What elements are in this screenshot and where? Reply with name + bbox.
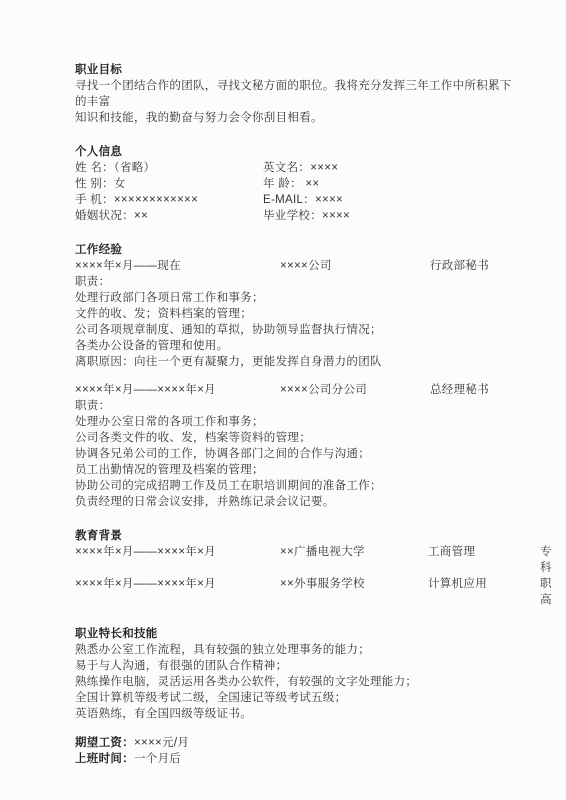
job-period: ××××年×月——现在	[75, 258, 280, 274]
leave-reason: 离职原因：向往一个更有凝聚力，更能发挥自身潜力的团队	[75, 354, 518, 370]
section-expectations: 期望工资： ××××元/月 上班时间： 一个月后	[75, 735, 518, 767]
edu-school: ××广播电视大学	[280, 544, 428, 576]
job-title: 行政部秘书	[430, 258, 518, 274]
work-experience-heading: 工作经验	[75, 242, 518, 258]
section-objective: 职业目标 寻找一个团结合作的团队，寻找文秘方面的职位。我将充分发挥三年工作中所积…	[75, 62, 518, 126]
duty-item: 公司各类文件的收、发，档案等资料的管理；	[75, 430, 518, 446]
job-header: ××××年×月——现在 ××××公司 行政部秘书	[75, 258, 518, 274]
section-personal-info: 个人信息 姓 名：（省略） 英文名：×××× 性 别：女 年 龄： ×× 手 机…	[75, 144, 518, 224]
section-education: 教育背景 ××××年×月——××××年×月 ××广播电视大学 工商管理 专科 ×…	[75, 528, 518, 608]
duty-item: 处理行政部门各项日常工作和事务；	[75, 290, 518, 306]
objective-line: 寻找一个团结合作的团队，寻找文秘方面的职位。我将充分发挥三年工作中所积累下的丰富	[75, 78, 518, 110]
objective-line: 知识和技能，我的勤奋与努力会令你刮目相看。	[75, 110, 518, 126]
duty-item: 协助公司的完成招聘工作及员工在职培训期间的准备工作；	[75, 478, 518, 494]
job-entry: ××××年×月——现在 ××××公司 行政部秘书 职责： 处理行政部门各项日常工…	[75, 258, 518, 370]
education-heading: 教育背景	[75, 528, 518, 544]
duty-label: 职责：	[75, 398, 518, 414]
section-work-experience: 工作经验 ××××年×月——现在 ××××公司 行政部秘书 职责： 处理行政部门…	[75, 242, 518, 510]
skill-item: 易于与人沟通，有很强的团队合作精神；	[75, 658, 518, 674]
edu-degree: 职高	[540, 576, 552, 608]
duty-item: 文件的收、发；资料档案的管理；	[75, 306, 518, 322]
job-company: ××××公司	[280, 258, 430, 274]
field-mobile: 手 机：××××××××××××	[75, 192, 263, 208]
field-gender: 性 别：女	[75, 176, 263, 192]
duty-item: 处理办公室日常的各项工作和事务；	[75, 414, 518, 430]
job-title: 总经理秘书	[430, 382, 518, 398]
edu-period: ××××年×月——××××年×月	[75, 544, 280, 576]
start-time-label: 上班时间：	[75, 751, 134, 767]
expected-salary-value: ××××元/月	[134, 735, 189, 751]
education-row: ××××年×月——××××年×月 ××外事服务学校 计算机应用 职高	[75, 576, 518, 608]
field-marital-status: 婚姻状况：××	[75, 208, 263, 224]
field-english-name: 英文名：××××	[263, 160, 518, 176]
objective-heading: 职业目标	[75, 62, 518, 78]
skill-item: 熟练操作电脑，灵活运用各类办公软件，有较强的文字处理能力；	[75, 674, 518, 690]
job-header: ××××年×月——××××年×月 ××××公司分公司 总经理秘书	[75, 382, 518, 398]
field-name: 姓 名：（省略）	[75, 160, 263, 176]
duty-item: 公司各项规章制度、通知的草拟，协助领导监督执行情况；	[75, 322, 518, 338]
field-email: E-MAIL：××××	[263, 192, 518, 208]
job-company: ××××公司分公司	[280, 382, 430, 398]
edu-period: ××××年×月——××××年×月	[75, 576, 280, 608]
duty-item: 协调各兄弟公司的工作，协调各部门之间的合作与沟通；	[75, 446, 518, 462]
skill-item: 全国计算机等级考试二级，全国速记等级考试五级；	[75, 690, 518, 706]
personal-info-grid: 姓 名：（省略） 英文名：×××× 性 别：女 年 龄： ×× 手 机：××××…	[75, 160, 518, 224]
skill-item: 熟悉办公室工作流程，具有较强的独立处理事务的能力；	[75, 642, 518, 658]
duty-item: 员工出勤情况的管理及档案的管理；	[75, 462, 518, 478]
job-entry: ××××年×月——××××年×月 ××××公司分公司 总经理秘书 职责： 处理办…	[75, 382, 518, 510]
skill-item: 英语熟练，有全国四级等级证书。	[75, 706, 518, 722]
duty-item: 负责经理的日常会议安排，并熟练记录会议记要。	[75, 494, 518, 510]
duty-label: 职责：	[75, 274, 518, 290]
resume-document: 职业目标 寻找一个团结合作的团队，寻找文秘方面的职位。我将充分发挥三年工作中所积…	[0, 0, 566, 800]
job-period: ××××年×月——××××年×月	[75, 382, 280, 398]
section-skills: 职业特长和技能 熟悉办公室工作流程，具有较强的独立处理事务的能力； 易于与人沟通…	[75, 626, 518, 722]
expected-salary-label: 期望工资：	[75, 735, 134, 751]
expected-salary-row: 期望工资： ××××元/月	[75, 735, 518, 751]
duty-item: 各类办公设备的管理和使用。	[75, 338, 518, 354]
field-age: 年 龄： ××	[263, 176, 518, 192]
personal-info-heading: 个人信息	[75, 144, 518, 160]
edu-degree: 专科	[540, 544, 552, 576]
field-graduate-school: 毕业学校：××××	[263, 208, 518, 224]
start-time-row: 上班时间： 一个月后	[75, 751, 518, 767]
edu-school: ××外事服务学校	[280, 576, 428, 608]
edu-major: 计算机应用	[428, 576, 540, 608]
edu-major: 工商管理	[428, 544, 540, 576]
skills-heading: 职业特长和技能	[75, 626, 518, 642]
start-time-value: 一个月后	[134, 751, 181, 767]
education-row: ××××年×月——××××年×月 ××广播电视大学 工商管理 专科	[75, 544, 518, 576]
